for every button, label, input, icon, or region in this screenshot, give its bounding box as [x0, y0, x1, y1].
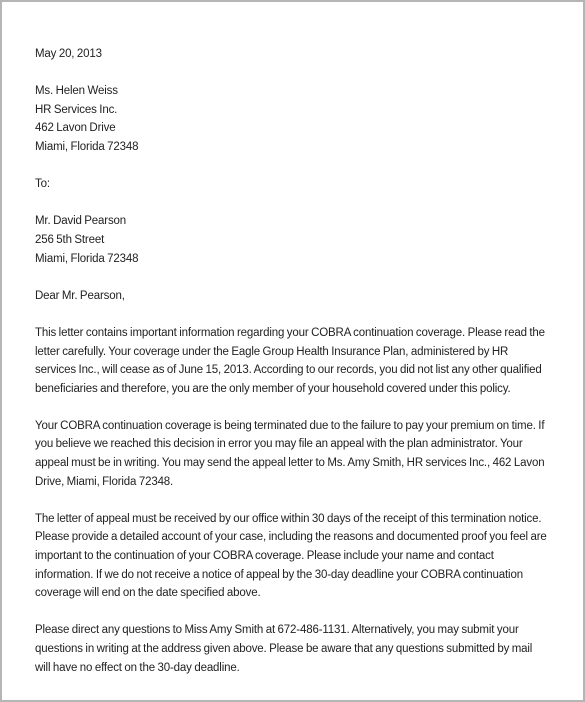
recipient-address: Mr. David Pearson 256 5th Street Miami, …	[35, 212, 580, 268]
paragraph-line: coverage will end on the date specified …	[35, 584, 580, 603]
letter-page: May 20, 2013 Ms. Helen Weiss HR Services…	[0, 0, 585, 702]
letter-content: May 20, 2013 Ms. Helen Weiss HR Services…	[35, 45, 580, 677]
paragraph-line: The letter of appeal must be received by…	[35, 510, 580, 529]
paragraph-line: letter carefully. Your coverage under th…	[35, 343, 580, 362]
paragraph-termination: Your COBRA continuation coverage is bein…	[35, 417, 580, 491]
paragraph-line: Drive, Miami, Florida 72348.	[35, 473, 580, 492]
paragraph-line: appeal must be in writing. You may send …	[35, 454, 580, 473]
paragraph-line: you believe we reached this decision in …	[35, 435, 580, 454]
paragraph-line: questions in writing at the address give…	[35, 640, 580, 659]
paragraph-line: services Inc., will cease as of June 15,…	[35, 361, 580, 380]
paragraph-line: Please provide a detailed account of you…	[35, 528, 580, 547]
sender-company: HR Services Inc.	[35, 101, 580, 120]
paragraph-line: Your COBRA continuation coverage is bein…	[35, 417, 580, 436]
paragraph-coverage-info: This letter contains important informati…	[35, 324, 580, 398]
paragraph-line: beneficiaries and therefore, you are the…	[35, 380, 580, 399]
recipient-street: 256 5th Street	[35, 231, 580, 250]
recipient-city: Miami, Florida 72348	[35, 250, 580, 269]
paragraph-line: This letter contains important informati…	[35, 324, 580, 343]
paragraph-appeal-deadline: The letter of appeal must be received by…	[35, 510, 580, 603]
sender-street: 462 Lavon Drive	[35, 119, 580, 138]
letter-date: May 20, 2013	[35, 45, 580, 64]
sender-name: Ms. Helen Weiss	[35, 82, 580, 101]
paragraph-line: will have no effect on the 30-day deadli…	[35, 659, 580, 678]
recipient-name: Mr. David Pearson	[35, 212, 580, 231]
sender-address: Ms. Helen Weiss HR Services Inc. 462 Lav…	[35, 82, 580, 156]
paragraph-line: information. If we do not receive a noti…	[35, 566, 580, 585]
paragraph-questions: Please direct any questions to Miss Amy …	[35, 621, 580, 677]
paragraph-line: important to the continuation of your CO…	[35, 547, 580, 566]
sender-city: Miami, Florida 72348	[35, 138, 580, 157]
salutation: Dear Mr. Pearson,	[35, 287, 580, 306]
to-label: To:	[35, 175, 580, 194]
paragraph-line: Please direct any questions to Miss Amy …	[35, 621, 580, 640]
